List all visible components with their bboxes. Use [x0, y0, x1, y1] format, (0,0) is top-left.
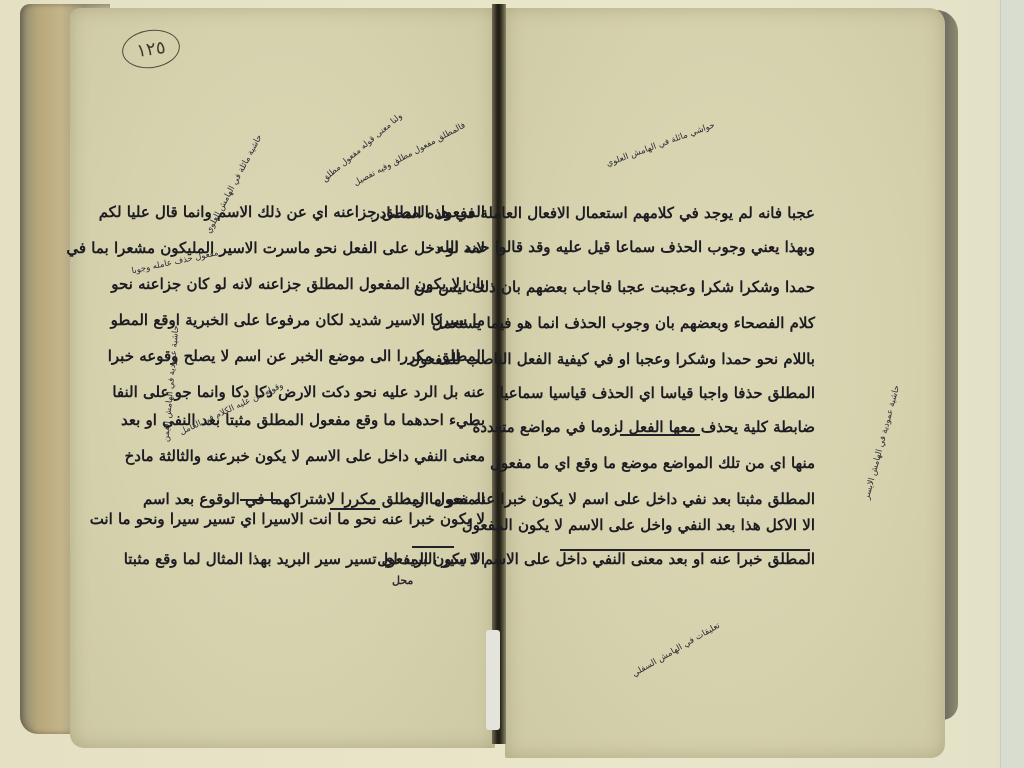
text-line: الا الاكل هذا بعد النفي واخل على الاسم ل… [462, 516, 815, 534]
text-overline [330, 508, 380, 510]
text-line: باللام نحو حمدا وشكرا وعجبا او في كيفية … [409, 350, 815, 368]
text-overline [412, 546, 454, 548]
text-line: حمدا وشكرا شكرا وعجبت عجبا فاجاب بعضهم ب… [414, 278, 815, 296]
catchword: محل [392, 574, 413, 587]
text-line: كلام الفصحاء وبعضهم بان وجوب الحذف انما … [432, 314, 815, 332]
background-edge [1000, 0, 1024, 768]
text-line: منها اي من تلك المواضع موضع ما وقع اي ما… [490, 454, 815, 472]
text-line: معنى النفي داخل على الاسم لا يكون خبرعنه… [125, 447, 485, 465]
text-overline [620, 434, 700, 436]
text-line: المطلق حذفا واجبا قياسا اي الحذف قياسيا … [500, 384, 815, 402]
text-overline [240, 499, 280, 501]
binding-thread [486, 630, 500, 730]
text-line: لانه لو دخل على الفعل نحو ماسرت الاسير ا… [66, 239, 485, 257]
text-line: لا يكون خبرا عنه نحو ما انت الاسيرا اي ت… [90, 510, 485, 528]
text-line: ما سيركا الاسير شديد لكان مرفوعا على الخ… [111, 311, 485, 329]
text-line: بطيء احدهما ما وقع مفعول المطلق مثبتا بع… [121, 411, 485, 429]
right-main-text: عجبا فانه لم يوجد في كلامهم استعمال الاف… [545, 200, 815, 580]
text-line: عجبا فانه لم يوجد في كلامهم استعمال الاف… [373, 204, 816, 222]
manuscript-photo: ١٢٥ المفعول المطلق جزاعنه اي عن ذلك الاس… [0, 0, 1024, 768]
text-line: وبهذا يعني وجوب الحذف سماعا قيل عليه وقد… [437, 238, 815, 256]
text-overline [560, 549, 810, 551]
text-line: المطلق خبرا عنه او بعد معنى النفي داخل ع… [377, 550, 815, 568]
text-line: المطلق مثبتا بعد نفي داخل على اسم لا يكو… [405, 490, 815, 508]
